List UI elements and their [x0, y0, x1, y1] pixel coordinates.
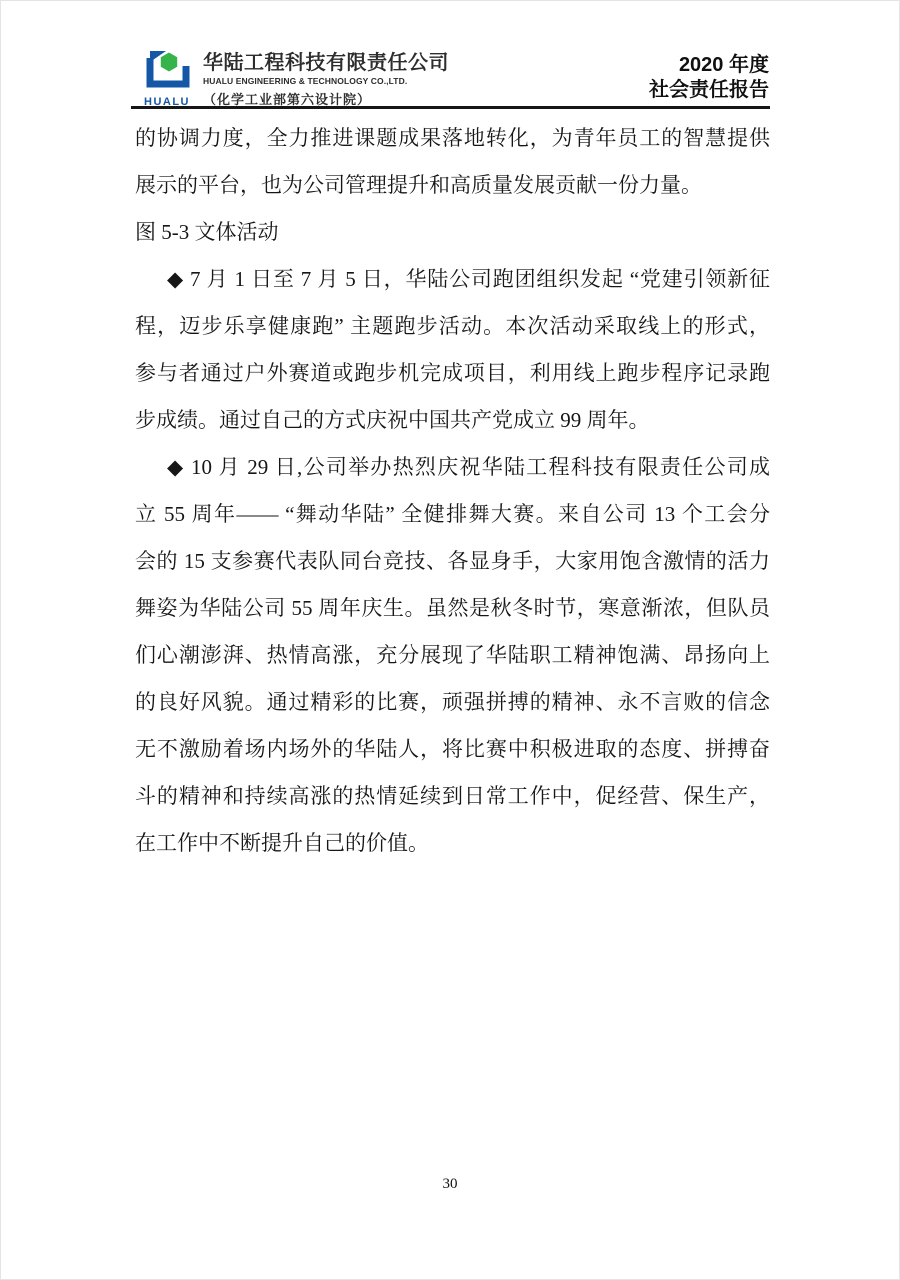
body-line: ◆ 10 月 29 日,公司举办热烈庆祝华陆工程科技有限责任公司成: [135, 444, 770, 491]
company-name-en: HUALU ENGINEERING & TECHNOLOGY CO.,LTD.: [203, 76, 449, 86]
body-line: 立 55 周年—— “舞动华陆” 全健排舞大赛。来自公司 13 个工会分: [135, 491, 770, 538]
report-title-block: 2020 年度 社会责任报告: [649, 53, 769, 103]
report-page: { "header": { "logo_text": "HUALU", "com…: [0, 0, 900, 1280]
body-line: 们心潮澎湃、热情高涨，充分展现了华陆职工精神饱满、昂扬向上: [135, 632, 770, 679]
body-line: 在工作中不断提升自己的价值。: [135, 820, 770, 867]
body-line: 斗的精神和持续高涨的热情延续到日常工作中，促经营、保生产，: [135, 773, 770, 820]
body-line: 无不激励着场内场外的华陆人，将比赛中积极进取的态度、拼搏奋: [135, 726, 770, 773]
body-line: 的良好风貌。通过精彩的比赛，顽强拼搏的精神、永不言败的信念: [135, 679, 770, 726]
body-line: 会的 15 支参赛代表队同台竞技、各显身手，大家用饱含激情的活力: [135, 538, 770, 585]
logo-hexagon-icon: [161, 53, 177, 72]
body-line: 参与者通过户外赛道或跑步机完成项目，利用线上跑步程序记录跑: [135, 350, 770, 397]
hualu-logo-icon: [138, 50, 196, 90]
body-line: 展示的平台，也为公司管理提升和高质量发展贡献一份力量。: [135, 162, 770, 209]
report-year: 2020 年度: [649, 53, 769, 78]
body-line: 步成绩。通过自己的方式庆祝中国共产党成立 99 周年。: [135, 397, 770, 444]
body-line: 的协调力度，全力推进课题成果落地转化，为青年员工的智慧提供: [135, 115, 770, 162]
report-title: 社会责任报告: [649, 78, 769, 103]
page-number: 30: [0, 1176, 900, 1193]
document-body: 的协调力度，全力推进课题成果落地转化，为青年员工的智慧提供 展示的平台，也为公司…: [135, 115, 770, 867]
body-line: ◆ 7 月 1 日至 7 月 5 日，华陆公司跑团组织发起 “党建引领新征: [135, 256, 770, 303]
body-line: 程，迈步乐享健康跑” 主题跑步活动。本次活动采取线上的形式，: [135, 303, 770, 350]
company-name-cn: 华陆工程科技有限责任公司: [203, 52, 449, 74]
header-rule: [131, 106, 770, 109]
body-line: 舞姿为华陆公司 55 周年庆生。虽然是秋冬时节，寒意渐浓，但队员: [135, 585, 770, 632]
company-block: 华陆工程科技有限责任公司 HUALU ENGINEERING & TECHNOL…: [203, 52, 449, 108]
hualu-logo: HUALU: [137, 50, 197, 108]
figure-caption: 图 5-3 文体活动: [135, 209, 770, 256]
